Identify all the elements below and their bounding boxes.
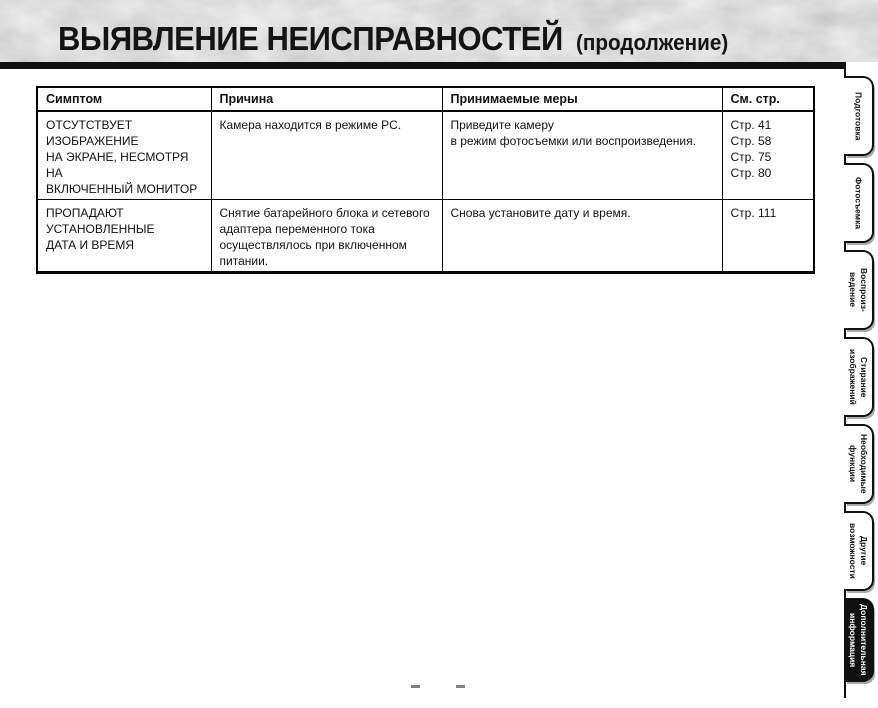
sidebar-tab-label: Необходимые функции xyxy=(847,434,869,494)
sidebar-tab-label: Другие возможности xyxy=(847,523,869,579)
page-title-row: ВЫЯВЛЕНИЕ НЕИСПРАВНОСТЕЙ(продолжение) xyxy=(58,20,728,58)
sidebar-tab-neobkhodimye-funktsii: Необходимые функции xyxy=(844,424,874,504)
column-header-cause: Причина xyxy=(211,87,442,111)
sidebar-tab-drugie-vozmozhnosti: Другие возможности xyxy=(844,511,874,591)
page-ref-cell: Стр. 41 Стр. 58 Стр. 75 Стр. 80 xyxy=(722,111,814,200)
sidebar-tab-dopolnitelnaya-informatsiya-active: Дополнительная информация xyxy=(844,598,874,682)
sidebar-tab-podgotovka: Подготовка xyxy=(844,76,874,156)
action-cell: Приведите камеру в режим фотосъемки или … xyxy=(442,111,722,200)
symptom-cell: ПРОПАДАЮТ УСТАНОВЛЕННЫЕ ДАТА И ВРЕМЯ xyxy=(37,200,211,273)
troubleshooting-table: Симптом Причина Принимаемые меры См. стр… xyxy=(36,86,815,274)
sidebar-tab-label: Дополнительная информация xyxy=(847,604,869,676)
table-header-row: Симптом Причина Принимаемые меры См. стр… xyxy=(37,87,814,111)
cause-cell: Камера находится в режиме PC. xyxy=(211,111,442,200)
title-divider-bar xyxy=(0,62,846,69)
sidebar-tab-label: Подготовка xyxy=(853,92,864,140)
column-header-symptom: Симптом xyxy=(37,87,211,111)
sidebar-tab-vosproizvedenie: Воспроиз- ведение xyxy=(844,250,874,330)
sidebar-tab-label: Воспроиз- ведение xyxy=(847,268,869,312)
sidebar-tab-label: Стирание изображений xyxy=(847,349,869,405)
cause-cell: Снятие батарейного блока и сетевого адап… xyxy=(211,200,442,273)
sidebar-tab-label: Фотосъемка xyxy=(853,177,864,229)
sidebar-tab-fotosyomka: Фотосъемка xyxy=(844,163,874,243)
footer-mark xyxy=(411,685,420,688)
footer-mark xyxy=(456,685,465,688)
table-row: ОТСУТСТВУЕТ ИЗОБРАЖЕНИЕ НА ЭКРАНЕ, НЕСМО… xyxy=(37,111,814,200)
sidebar-tab-stiranie-izobrazheniy: Стирание изображений xyxy=(844,337,874,417)
table-row: ПРОПАДАЮТ УСТАНОВЛЕННЫЕ ДАТА И ВРЕМЯ Сня… xyxy=(37,200,814,273)
page-ref-cell: Стр. 111 xyxy=(722,200,814,273)
manual-page: ВЫЯВЛЕНИЕ НЕИСПРАВНОСТЕЙ(продолжение) Си… xyxy=(0,0,878,708)
page-title-suffix: (продолжение) xyxy=(576,30,728,55)
column-header-see-page: См. стр. xyxy=(722,87,814,111)
column-header-action: Принимаемые меры xyxy=(442,87,722,111)
action-cell: Снова установите дату и время. xyxy=(442,200,722,273)
symptom-cell: ОТСУТСТВУЕТ ИЗОБРАЖЕНИЕ НА ЭКРАНЕ, НЕСМО… xyxy=(37,111,211,200)
page-title: ВЫЯВЛЕНИЕ НЕИСПРАВНОСТЕЙ xyxy=(58,20,563,57)
